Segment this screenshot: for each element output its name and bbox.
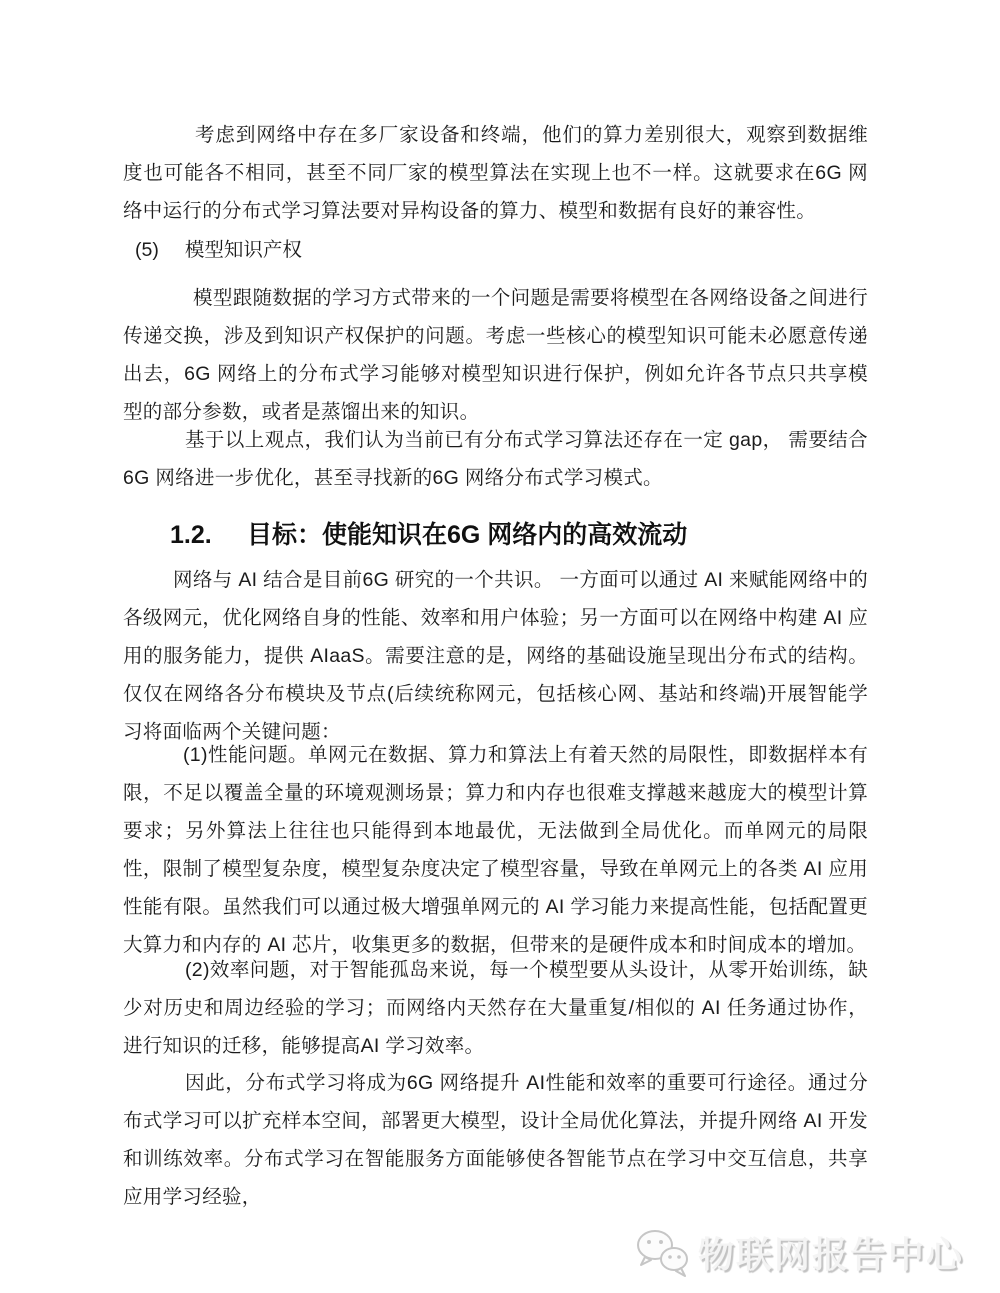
- paragraph-gap-conclusion: 基于以上观点，我们认为当前已有分布式学习算法还存在一定 gap， 需要结合6G …: [123, 421, 868, 497]
- paragraph-distributed-learning-value: 因此，分布式学习将成为6G 网络提升 AI性能和效率的重要可行途径。通过分布式学…: [123, 1064, 868, 1216]
- document-page: 考虑到网络中存在多厂家设备和终端，他们的算力差别很大，观察到数据维度也可能各不相…: [0, 0, 1000, 1293]
- list-item-number: (5): [135, 231, 159, 269]
- paragraph-performance-issue: (1)性能问题。单网元在数据、算力和算法上有着天然的局限性，即数据样本有限，不足…: [123, 736, 868, 964]
- paragraph-model-ip-protection: 模型跟随数据的学习方式带来的一个问题是需要将模型在各网络设备之间进行传递交换，涉…: [123, 279, 868, 431]
- section-heading-1-2: 1.2.目标：使能知识在6G 网络内的高效流动: [170, 512, 687, 558]
- paragraph-heterogeneous-compatibility: 考虑到网络中存在多厂家设备和终端，他们的算力差别很大，观察到数据维度也可能各不相…: [123, 116, 868, 230]
- section-heading-number: 1.2.: [170, 512, 247, 558]
- watermark: 物联网报告中心: [634, 1226, 964, 1278]
- watermark-text: 物联网报告中心: [698, 1227, 964, 1278]
- paragraph-network-ai-consensus: 网络与 AI 结合是目前6G 研究的一个共识。 一方面可以通过 AI 来赋能网络…: [123, 561, 868, 751]
- list-item-model-ip: (5)模型知识产权: [135, 231, 302, 269]
- list-item-title: 模型知识产权: [185, 239, 302, 261]
- paragraph-efficiency-issue: (2)效率问题，对于智能孤岛来说，每一个模型要从头设计，从零开始训练，缺少对历史…: [123, 951, 868, 1065]
- section-heading-title: 目标：使能知识在6G 网络内的高效流动: [247, 521, 687, 549]
- wechat-icon: [634, 1226, 690, 1278]
